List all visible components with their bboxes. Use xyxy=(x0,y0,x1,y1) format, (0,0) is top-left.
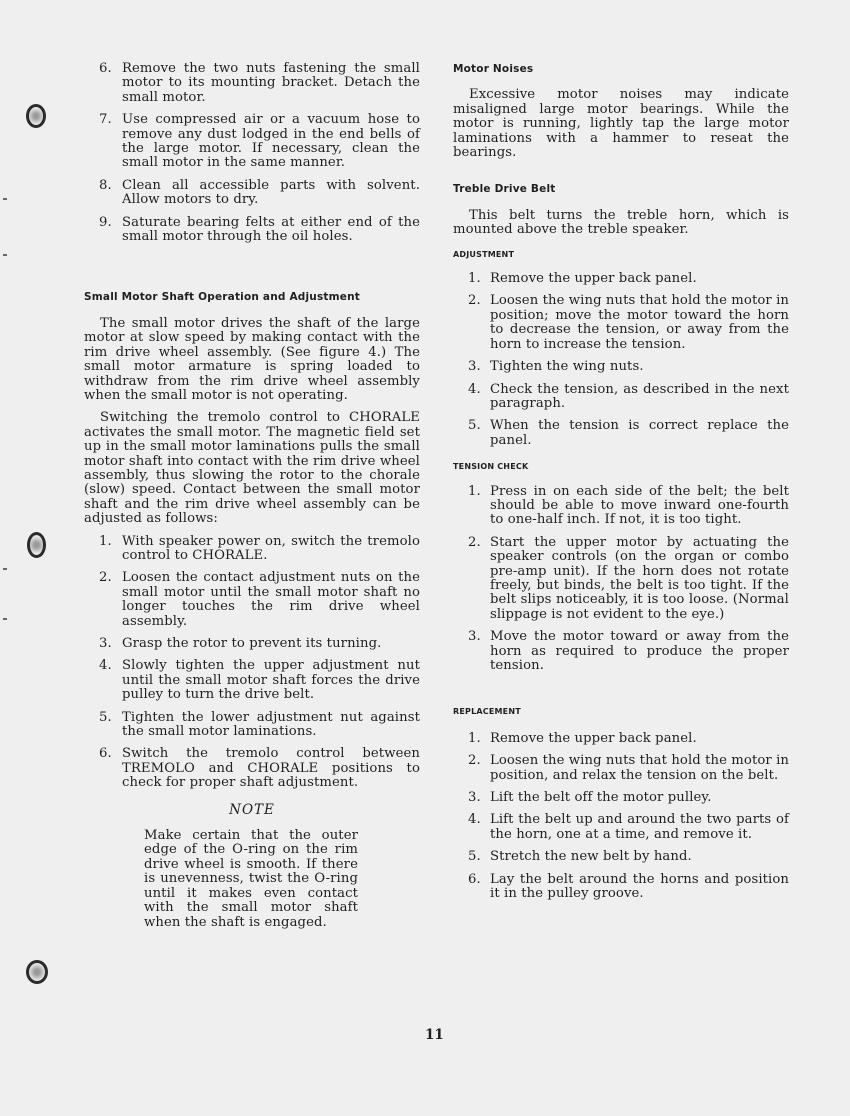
adjustment-steps-list: 1.With speaker power on, switch the trem… xyxy=(84,535,420,791)
note-title: NOTE xyxy=(84,803,420,817)
list-item: 6.Switch the tremolo control between TRE… xyxy=(84,747,420,790)
list-item: 4.Lift the belt up and around the two pa… xyxy=(453,813,789,842)
list-item: 1.Remove the upper back panel. xyxy=(453,732,789,746)
scan-mark xyxy=(3,618,7,620)
list-item: 2.Loosen the wing nuts that hold the mot… xyxy=(453,294,789,352)
replacement-heading: REPLACEMENT xyxy=(453,705,789,719)
list-item: 2.Loosen the wing nuts that hold the mot… xyxy=(453,754,789,783)
list-item: 9.Saturate bearing felts at either end o… xyxy=(84,216,420,245)
list-item: 5.Stretch the new belt by hand. xyxy=(453,850,789,864)
paragraph: The small motor drives the shaft of the … xyxy=(84,317,420,403)
list-item: 4.Check the tension, as described in the… xyxy=(453,383,789,412)
list-item: 1.Press in on each side of the belt; the… xyxy=(453,485,789,528)
tension-check-list: 1.Press in on each side of the belt; the… xyxy=(453,485,789,674)
motor-noises-heading: Motor Noises xyxy=(453,62,789,76)
list-item: 3.Move the motor toward or away from the… xyxy=(453,630,789,673)
scan-mark xyxy=(3,568,7,570)
list-item: 6.Lay the belt around the horns and posi… xyxy=(453,873,789,902)
paragraph: Switching the tremolo control to CHORALE… xyxy=(84,411,420,526)
list-item: 8.Clean all accessible parts with solven… xyxy=(84,179,420,208)
scan-mark xyxy=(3,198,7,200)
list-item: 4.Slowly tighten the upper adjustment nu… xyxy=(84,659,420,702)
note-body: Make certain that the outer edge of the … xyxy=(144,829,358,930)
page-number: 11 xyxy=(425,1027,444,1043)
list-item: 5.When the tension is correct replace th… xyxy=(453,419,789,448)
scan-mark xyxy=(3,254,7,256)
section-heading: Small Motor Shaft Operation and Adjustme… xyxy=(84,290,420,304)
binder-hole-top xyxy=(26,104,46,128)
list-item: 5.Tighten the lower adjustment nut again… xyxy=(84,711,420,740)
binder-hole-bottom xyxy=(26,960,48,984)
tension-check-heading: TENSION CHECK xyxy=(453,460,789,474)
adjustment-list: 1.Remove the upper back panel. 2.Loosen … xyxy=(453,272,789,448)
right-column: Motor Noises Excessive motor noises may … xyxy=(453,62,789,909)
continued-steps-list: 6.Remove the two nuts fastening the smal… xyxy=(84,62,420,244)
binder-hole-middle xyxy=(27,532,46,558)
list-item: 3.Grasp the rotor to prevent its turning… xyxy=(84,637,420,651)
list-item: 7.Use compressed air or a vacuum hose to… xyxy=(84,113,420,171)
list-item: 3.Tighten the wing nuts. xyxy=(453,360,789,374)
motor-noises-text: Excessive motor noises may indicate misa… xyxy=(453,88,789,160)
replacement-list: 1.Remove the upper back panel. 2.Loosen … xyxy=(453,732,789,902)
list-item: 2.Start the upper motor by actuating the… xyxy=(453,536,789,622)
list-item: 1.Remove the upper back panel. xyxy=(453,272,789,286)
list-item: 3.Lift the belt off the motor pulley. xyxy=(453,791,789,805)
treble-drive-belt-text: This belt turns the treble horn, which i… xyxy=(453,209,789,238)
list-item: 1.With speaker power on, switch the trem… xyxy=(84,535,420,564)
list-item: 2.Loosen the contact adjustment nuts on … xyxy=(84,571,420,629)
list-item: 6.Remove the two nuts fastening the smal… xyxy=(84,62,420,105)
treble-drive-belt-heading: Treble Drive Belt xyxy=(453,182,789,196)
left-column: 6.Remove the two nuts fastening the smal… xyxy=(84,62,420,930)
adjustment-heading: ADJUSTMENT xyxy=(453,248,789,262)
